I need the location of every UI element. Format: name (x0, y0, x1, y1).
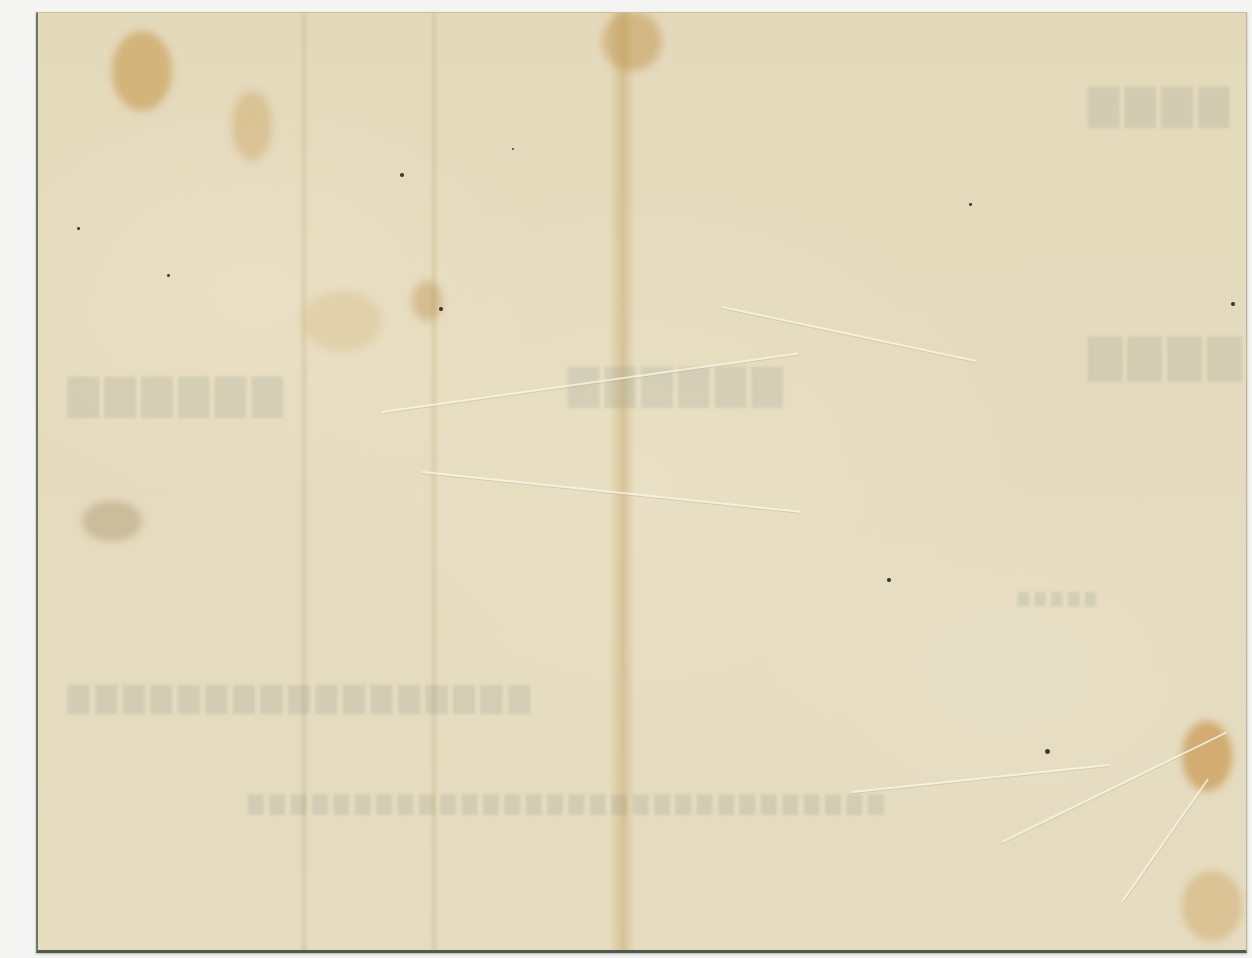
stain-mark (302, 291, 382, 351)
dirt-speck (969, 203, 972, 206)
crease-line (382, 353, 798, 413)
crease-line (422, 471, 800, 513)
stain-mark (232, 91, 272, 161)
crease-layer (38, 13, 1246, 950)
bleed-through-print: ▇▇▇▇▇▇ (62, 371, 283, 418)
bleed-through-print: ▇▇▇▇▇▇▇▇▇▇▇▇▇▇▇▇▇▇▇▇▇▇▇▇▇▇▇▇▇▇ (242, 791, 883, 815)
bleed-through-print: ▇▇▇▇▇▇▇▇▇▇▇▇▇▇▇▇▇ (62, 681, 530, 714)
dirt-speck (167, 274, 170, 277)
bleed-through-layer: ▇▇▇▇▇▇▇▇▇▇▇▇▇▇▇▇▇▇▇▇▇▇▇▇▇▇▇▇▇▇▇▇▇▇▇▇▇▇▇▇… (38, 13, 1246, 950)
bleed-through-print: ▇▇▇▇ (1082, 331, 1241, 382)
stain-mark (112, 31, 172, 111)
dirt-speck (77, 227, 80, 230)
dirt-speck (1231, 302, 1235, 306)
crease-line (1121, 779, 1209, 903)
dirt-speck (512, 148, 514, 150)
dirt-speck (887, 578, 891, 582)
crease-line (1002, 732, 1228, 843)
stain-mark (412, 281, 442, 321)
stain-mark (1182, 721, 1232, 791)
fold-line (299, 13, 309, 950)
bleed-through-print: ▇▇▇▇▇ (1012, 591, 1096, 607)
fold-line (429, 13, 439, 950)
paper-tint (38, 13, 1246, 950)
stain-mark (1182, 871, 1242, 941)
bleed-through-print: ▇▇▇▇▇▇ (562, 361, 783, 408)
stain-mark (602, 12, 662, 71)
fold-layer (38, 13, 1246, 950)
speck-layer (38, 13, 1246, 950)
dirt-speck (400, 173, 404, 177)
stain-mark (82, 501, 142, 541)
bleed-through-print: ▇▇▇▇ (1082, 81, 1229, 128)
aged-paper-note: ▇▇▇▇▇▇▇▇▇▇▇▇▇▇▇▇▇▇▇▇▇▇▇▇▇▇▇▇▇▇▇▇▇▇▇▇▇▇▇▇… (36, 12, 1247, 953)
dirt-speck (1045, 749, 1050, 754)
fold-line (609, 13, 635, 950)
stain-layer (38, 13, 1246, 950)
dirt-speck (439, 307, 443, 311)
crease-line (852, 764, 1111, 793)
crease-line (722, 306, 977, 362)
